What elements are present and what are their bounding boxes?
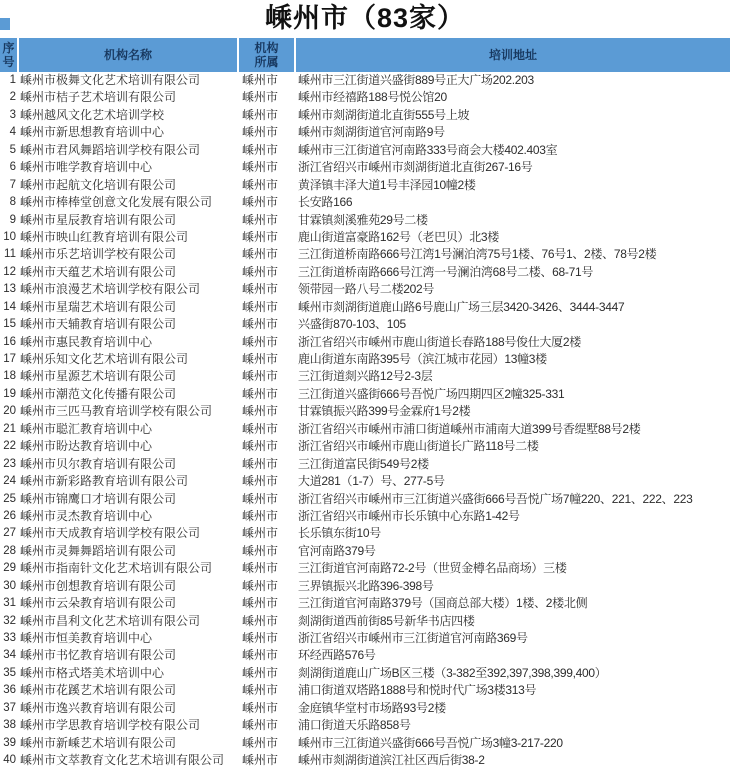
cell-institution-name: 嵊州市盼达教育培训中心 [19, 438, 237, 455]
table-row: 23嵊州市贝尔教育培训有限公司嵊州市三江街道富民街549号2楼 [0, 456, 730, 473]
cell-index: 29 [0, 560, 17, 577]
cell-address: 嵊州市剡湖街道滨江社区西后街38-2 [296, 752, 730, 769]
table-row: 16嵊州市惠民教育培训中心嵊州市浙江省绍兴市嵊州市鹿山街道长春路188号俊仕大厦… [0, 334, 730, 351]
cell-address: 嵊州市三江街道官河南路333号商会大楼402.403室 [296, 142, 730, 159]
table-row: 13嵊州市浪漫艺术培训学校有限公司嵊州市领带园一路八号二楼202号 [0, 281, 730, 298]
cell-affiliation: 嵊州市 [239, 543, 294, 560]
cell-index: 25 [0, 491, 17, 508]
cell-address: 鹿山街道富豪路162号（老巴贝）北3楼 [296, 229, 730, 246]
cell-affiliation: 嵊州市 [239, 560, 294, 577]
table-row: 38嵊州市学思教育培训学校有限公司嵊州市浦口街道天乐路858号 [0, 717, 730, 734]
table-row: 32嵊州市昌利文化艺术培训有限公司嵊州市剡湖街道西前街85号新华书店四楼 [0, 613, 730, 630]
cell-affiliation: 嵊州市 [239, 647, 294, 664]
cell-institution-name: 嵊州市书忆教育培训有限公司 [19, 647, 237, 664]
cell-index: 1 [0, 72, 17, 89]
cell-index: 11 [0, 246, 17, 263]
cell-affiliation: 嵊州市 [239, 752, 294, 769]
cell-affiliation: 嵊州市 [239, 665, 294, 682]
page: 嵊州市（83家） 序 号 机构名称 机构 所属 培训地址 1嵊州市极舞文化艺术培… [0, 0, 730, 770]
table-row: 33嵊州市恒美教育培训中心嵊州市浙江省绍兴市嵊州市三江街道官河南路369号 [0, 630, 730, 647]
cell-institution-name: 嵊州市乐艺培训学校有限公司 [19, 246, 237, 263]
cell-institution-name: 嵊州市昌利文化艺术培训有限公司 [19, 613, 237, 630]
cell-index: 13 [0, 281, 17, 298]
cell-institution-name: 嵊州市创想教育培训有限公司 [19, 578, 237, 595]
table-row: 18嵊州市星源艺术培训有限公司嵊州市三江街道剡兴路12号2-3层 [0, 368, 730, 385]
cell-affiliation: 嵊州市 [239, 351, 294, 368]
cell-institution-name: 嵊州市起航文化培训有限公司 [19, 177, 237, 194]
table-row: 27嵊州市天成教育培训学校有限公司嵊州市长乐镇东街10号 [0, 525, 730, 542]
cell-index: 40 [0, 752, 17, 769]
cell-index: 12 [0, 264, 17, 281]
cell-index: 38 [0, 717, 17, 734]
cell-address: 金庭镇华堂村市场路93号2楼 [296, 700, 730, 717]
cell-index: 23 [0, 456, 17, 473]
cell-address: 三江街道剡兴路12号2-3层 [296, 368, 730, 385]
cell-index: 10 [0, 229, 17, 246]
cell-index: 31 [0, 595, 17, 612]
table-row: 34嵊州市书忆教育培训有限公司嵊州市环经西路576号 [0, 647, 730, 664]
cell-index: 33 [0, 630, 17, 647]
cell-index: 32 [0, 613, 17, 630]
cell-index: 22 [0, 438, 17, 455]
cell-address: 领带园一路八号二楼202号 [296, 281, 730, 298]
cell-address: 浦口街道双塔路1888号和悦时代广场3楼313号 [296, 682, 730, 699]
cell-institution-name: 嵊州市花蹊艺术培训有限公司 [19, 682, 237, 699]
cell-address: 浙江省绍兴市嵊州市鹿山街道长春路188号俊仕大厦2楼 [296, 334, 730, 351]
cell-address: 三江街道桥南路666号江湾一号澜泊湾68号二楼、68-71号 [296, 264, 730, 281]
cell-index: 4 [0, 124, 17, 141]
cell-affiliation: 嵊州市 [239, 177, 294, 194]
cell-address: 甘霖镇振兴路399号金霖府1号2楼 [296, 403, 730, 420]
cell-address: 环经西路576号 [296, 647, 730, 664]
cell-institution-name: 嵊州市学思教育培训学校有限公司 [19, 717, 237, 734]
cell-address: 鹿山街道东南路395号（滨江城市花园）13幢3楼 [296, 351, 730, 368]
table-row: 2嵊州市桔子艺术培训有限公司嵊州市嵊州市经禧路188号悦公馆20 [0, 89, 730, 106]
cell-affiliation: 嵊州市 [239, 316, 294, 333]
table-row: 19嵊州市潮范文化传播有限公司嵊州市三江街道兴盛街666号吾悦广场四期四区2幢3… [0, 386, 730, 403]
cell-institution-name: 嵊州乐知文化艺术培训有限公司 [19, 351, 237, 368]
cell-index: 21 [0, 421, 17, 438]
cell-affiliation: 嵊州市 [239, 456, 294, 473]
cell-address: 兴盛街870-103、105 [296, 316, 730, 333]
cell-affiliation: 嵊州市 [239, 508, 294, 525]
cell-affiliation: 嵊州市 [239, 142, 294, 159]
cell-address: 浙江省绍兴市嵊州市浦口街道嵊州市浦南大道399号香缇墅88号2楼 [296, 421, 730, 438]
cell-institution-name: 嵊州市恒美教育培训中心 [19, 630, 237, 647]
cell-index: 24 [0, 473, 17, 490]
cell-address: 嵊州市三江街道兴盛街666号吾悦广场3幢3-217-220 [296, 735, 730, 752]
cell-address: 三江街道兴盛街666号吾悦广场四期四区2幢325-331 [296, 386, 730, 403]
cell-index: 3 [0, 107, 17, 124]
cell-index: 16 [0, 334, 17, 351]
cell-address: 官河南路379号 [296, 543, 730, 560]
cell-institution-name: 嵊州市格式塔美术培训中心 [19, 665, 237, 682]
cell-address: 浙江省绍兴市嵊州市剡湖街道北直街267-16号 [296, 159, 730, 176]
cell-institution-name: 嵊州市星瑞艺术培训有限公司 [19, 299, 237, 316]
cell-institution-name: 嵊州市云朵教育培训有限公司 [19, 595, 237, 612]
cell-index: 17 [0, 351, 17, 368]
cell-index: 8 [0, 194, 17, 211]
table-row: 24嵊州市新彩路教育培训有限公司嵊州市大道281（1-7）号、277-5号 [0, 473, 730, 490]
cell-affiliation: 嵊州市 [239, 491, 294, 508]
column-header-address: 培训地址 [296, 38, 730, 72]
cell-index: 18 [0, 368, 17, 385]
table-row: 40嵊州市文萃教育文化艺术培训有限公司嵊州市嵊州市剡湖街道滨江社区西后街38-2 [0, 752, 730, 769]
cell-institution-name: 嵊州市新彩路教育培训有限公司 [19, 473, 237, 490]
table-row: 35嵊州市格式塔美术培训中心嵊州市剡湖街道鹿山广场B区三楼（3-382至392,… [0, 665, 730, 682]
cell-address: 长安路166 [296, 194, 730, 211]
table-row: 17嵊州乐知文化艺术培训有限公司嵊州市鹿山街道东南路395号（滨江城市花园）13… [0, 351, 730, 368]
cell-institution-name: 嵊州市天辅教育培训有限公司 [19, 316, 237, 333]
cell-address: 甘霖镇剡溪雅苑29号二楼 [296, 212, 730, 229]
cell-address: 三界镇振兴北路396-398号 [296, 578, 730, 595]
cell-index: 30 [0, 578, 17, 595]
cell-address: 嵊州市三江街道兴盛街889号正大广场202.203 [296, 72, 730, 89]
cell-institution-name: 嵊州市桔子艺术培训有限公司 [19, 89, 237, 106]
table-body: 1嵊州市极舞文化艺术培训有限公司嵊州市嵊州市三江街道兴盛街889号正大广场202… [0, 72, 730, 770]
table-row: 29嵊州市指南针文化艺术培训有限公司嵊州市三江街道官河南路72-2号（世贸金樽名… [0, 560, 730, 577]
cell-affiliation: 嵊州市 [239, 630, 294, 647]
table-row: 4嵊州市新思想教育培训中心嵊州市嵊州市剡湖街道官河南路9号 [0, 124, 730, 141]
column-header-index: 序 号 [0, 38, 17, 72]
cell-affiliation: 嵊州市 [239, 613, 294, 630]
cell-address: 浙江省绍兴市嵊州市三江街道官河南路369号 [296, 630, 730, 647]
cell-index: 26 [0, 508, 17, 525]
cell-address: 大道281（1-7）号、277-5号 [296, 473, 730, 490]
cell-institution-name: 嵊州市天蕴艺术培训有限公司 [19, 264, 237, 281]
cell-address: 浙江省绍兴市嵊州市鹿山街道长广路118号二楼 [296, 438, 730, 455]
cell-index: 36 [0, 682, 17, 699]
table-row: 14嵊州市星瑞艺术培训有限公司嵊州市嵊州市剡湖街道鹿山路6号鹿山广场三层3420… [0, 299, 730, 316]
cell-affiliation: 嵊州市 [239, 735, 294, 752]
table-row: 7嵊州市起航文化培训有限公司嵊州市黄泽镇丰泽大道1号丰泽园10幢2楼 [0, 177, 730, 194]
cell-institution-name: 嵊州市潮范文化传播有限公司 [19, 386, 237, 403]
cell-affiliation: 嵊州市 [239, 403, 294, 420]
cell-index: 37 [0, 700, 17, 717]
table-row: 37嵊州市逸兴教育培训有限公司嵊州市金庭镇华堂村市场路93号2楼 [0, 700, 730, 717]
cell-affiliation: 嵊州市 [239, 595, 294, 612]
cell-institution-name: 嵊州市锦鹰口才培训有限公司 [19, 491, 237, 508]
table-row: 6嵊州市唯学教育培训中心嵊州市浙江省绍兴市嵊州市剡湖街道北直街267-16号 [0, 159, 730, 176]
cell-address: 浙江省绍兴市嵊州市长乐镇中心东路1-42号 [296, 508, 730, 525]
cell-institution-name: 嵊州市星辰教育培训有限公司 [19, 212, 237, 229]
cell-affiliation: 嵊州市 [239, 682, 294, 699]
cell-affiliation: 嵊州市 [239, 386, 294, 403]
cell-address: 长乐镇东街10号 [296, 525, 730, 542]
table-row: 3嵊州越风文化艺术培训学校嵊州市嵊州市剡湖街道北直街555号上坡 [0, 107, 730, 124]
cell-affiliation: 嵊州市 [239, 525, 294, 542]
cell-institution-name: 嵊州市天成教育培训学校有限公司 [19, 525, 237, 542]
cell-affiliation: 嵊州市 [239, 246, 294, 263]
cell-institution-name: 嵊州市映山红教育培训有限公司 [19, 229, 237, 246]
cell-affiliation: 嵊州市 [239, 299, 294, 316]
cell-address: 黄泽镇丰泽大道1号丰泽园10幢2楼 [296, 177, 730, 194]
cell-institution-name: 嵊州市惠民教育培训中心 [19, 334, 237, 351]
cell-address: 嵊州市剡湖街道官河南路9号 [296, 124, 730, 141]
cell-affiliation: 嵊州市 [239, 473, 294, 490]
cell-affiliation: 嵊州市 [239, 281, 294, 298]
cell-institution-name: 嵊州市君风舞蹈培训学校有限公司 [19, 142, 237, 159]
cell-institution-name: 嵊州市灵杰教育培训中心 [19, 508, 237, 525]
institutions-table: 序 号 机构名称 机构 所属 培训地址 1嵊州市极舞文化艺术培训有限公司嵊州市嵊… [0, 38, 730, 770]
cell-address: 嵊州市经禧路188号悦公馆20 [296, 89, 730, 106]
cell-address: 嵊州市剡湖街道鹿山路6号鹿山广场三层3420-3426、3444-3447 [296, 299, 730, 316]
table-row: 15嵊州市天辅教育培训有限公司嵊州市兴盛街870-103、105 [0, 316, 730, 333]
cell-index: 39 [0, 735, 17, 752]
cell-address: 浙江省绍兴市嵊州市三江街道兴盛街666号吾悦广场7幢220、221、222、22… [296, 491, 730, 508]
cell-affiliation: 嵊州市 [239, 229, 294, 246]
table-row: 30嵊州市创想教育培训有限公司嵊州市三界镇振兴北路396-398号 [0, 578, 730, 595]
table-row: 10嵊州市映山红教育培训有限公司嵊州市鹿山街道富豪路162号（老巴贝）北3楼 [0, 229, 730, 246]
cell-address: 三江街道桥南路666号江湾1号澜泊湾75号1楼、76号1、2楼、78号2楼 [296, 246, 730, 263]
table-row: 31嵊州市云朵教育培训有限公司嵊州市三江街道官河南路379号（国商总部大楼）1楼… [0, 595, 730, 612]
table-row: 26嵊州市灵杰教育培训中心嵊州市浙江省绍兴市嵊州市长乐镇中心东路1-42号 [0, 508, 730, 525]
cell-affiliation: 嵊州市 [239, 368, 294, 385]
cell-affiliation: 嵊州市 [239, 194, 294, 211]
cell-institution-name: 嵊州市棒棒堂创意文化发展有限公司 [19, 194, 237, 211]
cell-address: 浦口街道天乐路858号 [296, 717, 730, 734]
cell-institution-name: 嵊州市三匹马教育培训学校有限公司 [19, 403, 237, 420]
cell-index: 14 [0, 299, 17, 316]
cell-index: 27 [0, 525, 17, 542]
cell-affiliation: 嵊州市 [239, 124, 294, 141]
cell-index: 19 [0, 386, 17, 403]
cell-institution-name: 嵊州市浪漫艺术培训学校有限公司 [19, 281, 237, 298]
column-header-affiliation: 机构 所属 [239, 38, 294, 72]
table-row: 39嵊州市新嵊艺术培训有限公司嵊州市嵊州市三江街道兴盛街666号吾悦广场3幢3-… [0, 735, 730, 752]
cell-affiliation: 嵊州市 [239, 421, 294, 438]
corner-blue-fragment [0, 18, 10, 30]
cell-institution-name: 嵊州市极舞文化艺术培训有限公司 [19, 72, 237, 89]
table-row: 21嵊州市聪汇教育培训中心嵊州市浙江省绍兴市嵊州市浦口街道嵊州市浦南大道399号… [0, 421, 730, 438]
cell-affiliation: 嵊州市 [239, 264, 294, 281]
cell-institution-name: 嵊州市贝尔教育培训有限公司 [19, 456, 237, 473]
table-row: 36嵊州市花蹊艺术培训有限公司嵊州市浦口街道双塔路1888号和悦时代广场3楼31… [0, 682, 730, 699]
cell-institution-name: 嵊州市聪汇教育培训中心 [19, 421, 237, 438]
table-row: 20嵊州市三匹马教育培训学校有限公司嵊州市甘霖镇振兴路399号金霖府1号2楼 [0, 403, 730, 420]
cell-index: 7 [0, 177, 17, 194]
cell-institution-name: 嵊州市逸兴教育培训有限公司 [19, 700, 237, 717]
cell-institution-name: 嵊州市唯学教育培训中心 [19, 159, 237, 176]
cell-address: 三江街道官河南路379号（国商总部大楼）1楼、2楼北侧 [296, 595, 730, 612]
cell-institution-name: 嵊州市文萃教育文化艺术培训有限公司 [19, 752, 237, 769]
cell-affiliation: 嵊州市 [239, 438, 294, 455]
cell-affiliation: 嵊州市 [239, 717, 294, 734]
cell-institution-name: 嵊州市指南针文化艺术培训有限公司 [19, 560, 237, 577]
cell-affiliation: 嵊州市 [239, 159, 294, 176]
table-row: 5嵊州市君风舞蹈培训学校有限公司嵊州市嵊州市三江街道官河南路333号商会大楼40… [0, 142, 730, 159]
cell-address: 三江街道官河南路72-2号（世贸金樽名品商场）三楼 [296, 560, 730, 577]
cell-institution-name: 嵊州越风文化艺术培训学校 [19, 107, 237, 124]
cell-index: 34 [0, 647, 17, 664]
table-row: 12嵊州市天蕴艺术培训有限公司嵊州市三江街道桥南路666号江湾一号澜泊湾68号二… [0, 264, 730, 281]
cell-affiliation: 嵊州市 [239, 700, 294, 717]
cell-affiliation: 嵊州市 [239, 107, 294, 124]
cell-address: 嵊州市剡湖街道北直街555号上坡 [296, 107, 730, 124]
table-row: 8嵊州市棒棒堂创意文化发展有限公司嵊州市长安路166 [0, 194, 730, 211]
cell-index: 2 [0, 89, 17, 106]
table-row: 11嵊州市乐艺培训学校有限公司嵊州市三江街道桥南路666号江湾1号澜泊湾75号1… [0, 246, 730, 263]
cell-affiliation: 嵊州市 [239, 334, 294, 351]
cell-affiliation: 嵊州市 [239, 212, 294, 229]
cell-index: 20 [0, 403, 17, 420]
cell-address: 剡湖街道鹿山广场B区三楼（3-382至392,397,398,399,400） [296, 665, 730, 682]
cell-index: 6 [0, 159, 17, 176]
cell-affiliation: 嵊州市 [239, 89, 294, 106]
table-row: 25嵊州市锦鹰口才培训有限公司嵊州市浙江省绍兴市嵊州市三江街道兴盛街666号吾悦… [0, 491, 730, 508]
table-row: 9嵊州市星辰教育培训有限公司嵊州市甘霖镇剡溪雅苑29号二楼 [0, 212, 730, 229]
cell-institution-name: 嵊州市灵舞舞蹈培训有限公司 [19, 543, 237, 560]
cell-address: 剡湖街道西前街85号新华书店四楼 [296, 613, 730, 630]
cell-index: 5 [0, 142, 17, 159]
cell-index: 15 [0, 316, 17, 333]
cell-index: 9 [0, 212, 17, 229]
cell-affiliation: 嵊州市 [239, 72, 294, 89]
cell-address: 三江街道富民街549号2楼 [296, 456, 730, 473]
column-header-name: 机构名称 [19, 38, 237, 72]
cell-institution-name: 嵊州市星源艺术培训有限公司 [19, 368, 237, 385]
table-header-row: 序 号 机构名称 机构 所属 培训地址 [0, 38, 730, 72]
table-row: 28嵊州市灵舞舞蹈培训有限公司嵊州市官河南路379号 [0, 543, 730, 560]
cell-index: 28 [0, 543, 17, 560]
table-row: 22嵊州市盼达教育培训中心嵊州市浙江省绍兴市嵊州市鹿山街道长广路118号二楼 [0, 438, 730, 455]
page-title: 嵊州市（83家） [0, 0, 730, 38]
cell-affiliation: 嵊州市 [239, 578, 294, 595]
cell-institution-name: 嵊州市新嵊艺术培训有限公司 [19, 735, 237, 752]
cell-index: 35 [0, 665, 17, 682]
table-row: 1嵊州市极舞文化艺术培训有限公司嵊州市嵊州市三江街道兴盛街889号正大广场202… [0, 72, 730, 89]
cell-institution-name: 嵊州市新思想教育培训中心 [19, 124, 237, 141]
